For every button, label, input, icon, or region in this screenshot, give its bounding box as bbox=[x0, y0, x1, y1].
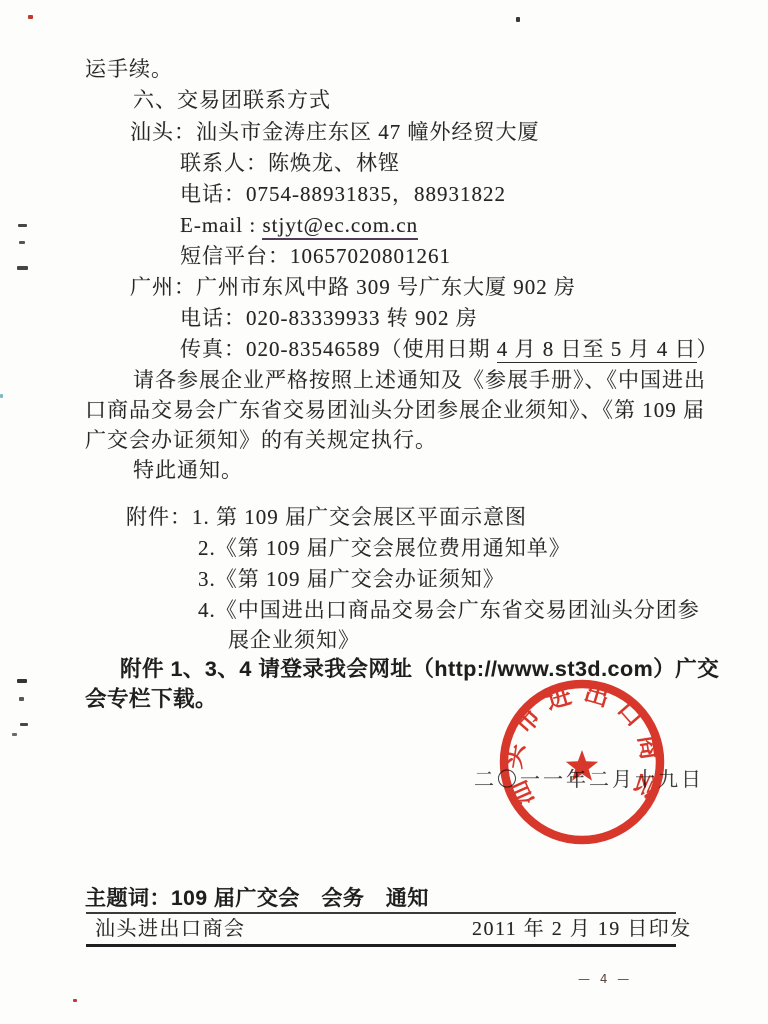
scan-artifact bbox=[0, 394, 3, 398]
seal-org-name: 汕头市进出口商会 bbox=[498, 678, 666, 811]
print-date: 2011 年 2 月 19 日印发 bbox=[472, 917, 692, 941]
guangzhou-address: 广州：广州市东风中路 309 号广东大厦 902 房 bbox=[130, 275, 576, 300]
sms-platform: 短信平台：10657020801261 bbox=[180, 244, 451, 269]
para-compliance-2: 口商品交易会广东省交易团汕头分团参展企业须知》、《第 109 届 bbox=[85, 398, 705, 423]
scan-artifact bbox=[20, 723, 28, 726]
scan-artifact bbox=[19, 697, 24, 701]
shantou-address: 汕头：汕头市金涛庄东区 47 幢外经贸大厦 bbox=[130, 120, 540, 145]
shantou-email-text: E-mail : bbox=[180, 213, 262, 237]
scan-artifact bbox=[17, 266, 28, 270]
scan-artifact bbox=[17, 679, 27, 683]
attachment-3: 3.《第 109 届广交会办证须知》 bbox=[198, 567, 505, 592]
scan-artifact bbox=[12, 733, 17, 736]
scan-artifact bbox=[28, 15, 33, 19]
attachment-4: 4.《中国进出口商品交易会广东省交易团汕头分团参 bbox=[198, 598, 700, 623]
scan-artifact bbox=[516, 17, 520, 22]
download-note-2: 会专栏下载。 bbox=[85, 687, 217, 713]
attachment-1: 附件：1. 第 109 届广交会展区平面示意图 bbox=[126, 505, 527, 530]
scanned-document-page: 运手续。六、交易团联系方式汕头：汕头市金涛庄东区 47 幢外经贸大厦联系人：陈焕… bbox=[0, 0, 768, 1024]
shantou-contact: 联系人：陈焕龙、林铿 bbox=[180, 151, 400, 176]
attachment-2: 2.《第 109 届广交会展位费用通知单》 bbox=[198, 536, 571, 561]
shantou-email: E-mail : stjyt@ec.com.cn bbox=[180, 213, 418, 238]
line-carryover: 运手续。 bbox=[85, 57, 173, 82]
guangzhou-fax: 传真：020-83546589（使用日期 4 月 8 日至 5 月 4 日） bbox=[180, 337, 719, 362]
subject-separator-rule bbox=[86, 912, 676, 914]
shantou-email-underlined: stjyt@ec.com.cn bbox=[262, 213, 418, 240]
heading-section-six: 六、交易团联系方式 bbox=[133, 88, 331, 113]
para-compliance-3: 广交会办证须知》的有关规定执行。 bbox=[85, 428, 437, 453]
scan-artifact bbox=[19, 241, 25, 244]
issuing-org: 汕头进出口商会 bbox=[95, 917, 246, 941]
seal-star-icon bbox=[566, 750, 598, 781]
footer-bottom-rule bbox=[86, 944, 676, 947]
svg-text:汕头市进出口商会: 汕头市进出口商会 bbox=[498, 678, 666, 811]
scan-artifact bbox=[18, 224, 27, 227]
guangzhou-fax-text: ） bbox=[697, 337, 719, 361]
attachment-4-cont: 展企业须知》 bbox=[228, 628, 360, 653]
guangzhou-fax-text: 传真：020-83546589（使用日期 bbox=[180, 337, 497, 361]
subject-keywords: 主题词：109 届广交会 会务 通知 bbox=[85, 886, 429, 911]
official-seal: 汕头市进出口商会 bbox=[487, 668, 677, 858]
scan-artifact bbox=[73, 999, 77, 1002]
para-compliance-1: 请各参展企业严格按照上述通知及《参展手册》、《中国进出 bbox=[133, 368, 706, 393]
shantou-phone: 电话：0754-88931835，88931822 bbox=[180, 182, 506, 207]
special-notice: 特此通知。 bbox=[133, 458, 243, 483]
guangzhou-phone: 电话：020-83339933 转 902 房 bbox=[180, 306, 478, 331]
page-number: — 4 — bbox=[578, 972, 632, 986]
guangzhou-fax-underlined: 4 月 8 日至 5 月 4 日 bbox=[497, 337, 697, 363]
